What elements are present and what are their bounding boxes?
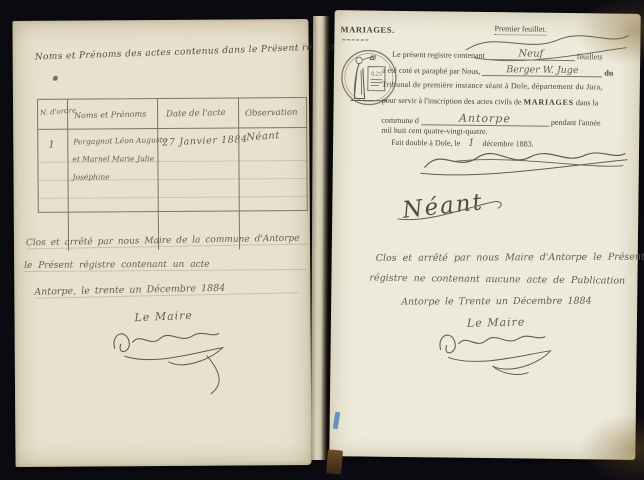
stamp-value: 0,25 (371, 72, 382, 78)
right-closing-line1: Clos et arrêté par nous Maire d'Antorpe … (376, 252, 644, 264)
right-closing-line2: régistre ne contenant aucune acte de Pub… (369, 273, 625, 287)
table-faint-rule (39, 196, 307, 199)
register-left-page: Noms et Prénoms des actes contenus dans … (12, 19, 311, 467)
scanned-register-photo: { "background_color": "#0b0b11", "left_p… (0, 0, 644, 480)
section-label-underline (342, 39, 368, 40)
section-label: MARIAGES. (340, 24, 394, 35)
row-date: 27 Janvier 1884 (162, 134, 248, 149)
judge-main-signature (419, 141, 633, 184)
row-noms-line1: Pergagnot Léon Auguste (73, 135, 167, 146)
form-line4-pre: pour servir à l'inscription des actes ci… (382, 96, 522, 107)
left-closing-role: Le Maire (134, 309, 193, 324)
binding-page-edges (311, 16, 329, 460)
form-line3: Tribunal de première instance séant à Do… (382, 80, 603, 92)
form-line5: commune d Antorpe pendant l'année (381, 111, 600, 128)
commune-name-fill: Antorpe (421, 111, 549, 127)
form-line6: mil huit cent quatre-vingt-quatre. (381, 126, 487, 136)
acts-index-table: N. d'ordre Noms et Prénoms Date de l'act… (37, 97, 308, 213)
form-line4-post: dans la (576, 98, 599, 107)
ink-blot (53, 76, 58, 81)
figure-head (356, 57, 362, 63)
form-line5-pre: commune d (381, 116, 419, 125)
table-header-date: Date de l'acte (166, 108, 226, 119)
form-line5-post: pendant l'année (551, 118, 601, 128)
table-column-line (238, 97, 240, 249)
page-foxing-bottom-right (579, 413, 644, 480)
row-noms-line3: Joséphine (73, 172, 110, 181)
feuillets-count-fill: Neuf (487, 48, 575, 61)
row-observation: Néant (246, 130, 280, 143)
table-header-rule (38, 127, 306, 130)
form-line2-pre: a été coté et paraphé par Nous, (382, 66, 481, 76)
form-line2: a été coté et paraphé par Nous, Berger W… (382, 63, 613, 78)
form-line4: pour servir à l'inscription des actes ci… (382, 96, 599, 108)
left-mayor-signature-flourish (107, 325, 237, 398)
left-page-title: Noms et Prénoms des actes contenus dans … (35, 43, 305, 62)
register-right-page: MARIAGES. 0,25 Premier feuillet. Le prés… (329, 10, 640, 460)
table-column-line (67, 99, 69, 251)
table-header-noms: Noms et Prénoms (74, 109, 146, 120)
form-line1-post: feuillets (577, 52, 603, 61)
form-line1-pre: Le présent registre contenant (392, 50, 485, 60)
neant-flourish (396, 197, 506, 224)
judge-name-fill: Berger W. Juge (482, 64, 602, 77)
form-line2-post: du (604, 68, 613, 77)
right-mayor-signature-flourish (432, 327, 559, 379)
right-closing-line3: Antorpe le Trente un Décembre 1884 (401, 296, 591, 308)
table-column-line (157, 98, 159, 250)
left-closing-line3: Antorpe, le trente un Décembre 1884 (34, 281, 298, 299)
row-ordre: 1 (48, 140, 54, 151)
form-line4-keyword: MARIAGES (523, 97, 574, 107)
left-closing-line2: le Présent régistre contenant un acte (24, 259, 306, 272)
book-spine-bottom (326, 449, 343, 474)
table-header-ordre: N. d'ordre (40, 106, 77, 117)
table-header-observation: Observation (245, 108, 298, 119)
form-line1: Le présent registre contenant Neuf feuil… (392, 47, 603, 62)
row-noms-line2: et Marnel Marie Julie (72, 154, 154, 164)
